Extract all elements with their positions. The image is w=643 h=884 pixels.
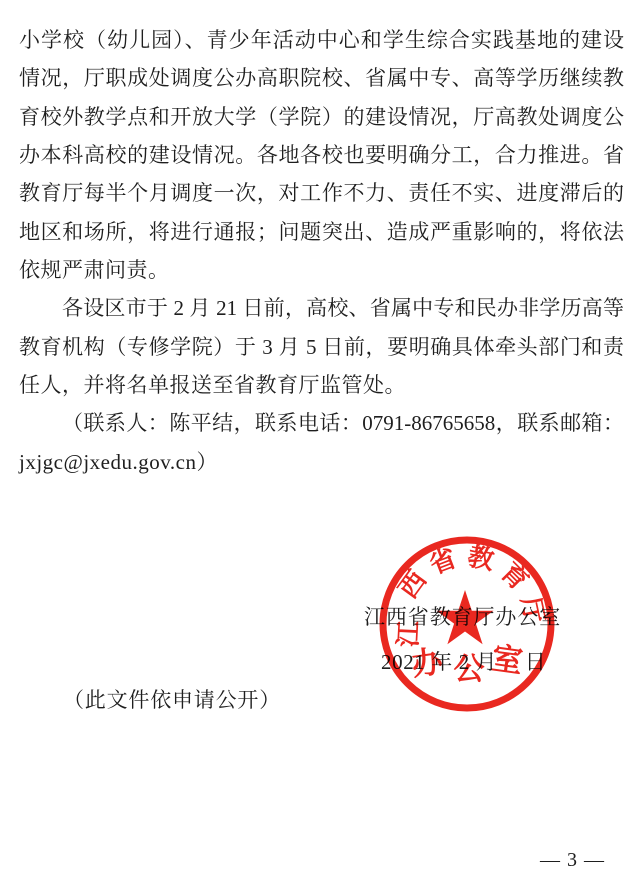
body-line: 情况，厅职成处调度公办高职院校、省属中专、高等学历继续教 bbox=[19, 59, 624, 97]
seal-star-icon bbox=[437, 590, 494, 644]
body-line: 小学校（幼儿园）、青少年活动中心和学生综合实践基地的建设 bbox=[19, 21, 624, 59]
body-line: 教育厅每半个月调度一次，对工作不力、责任不实、进度滞后的 bbox=[19, 174, 624, 212]
seal-arc-char: 教 bbox=[465, 542, 497, 576]
official-seal: 江 西 省 教 育 厅 办 公 室 bbox=[377, 534, 557, 714]
document-body: 小学校（幼儿园）、青少年活动中心和学生综合实践基地的建设 情况，厅职成处调度公办… bbox=[19, 21, 624, 481]
body-line: 育校外教学点和开放大学（学院）的建设情况，厅高教处调度公 bbox=[19, 98, 624, 136]
seal-arc-char: 江 bbox=[394, 620, 424, 647]
body-line: 地区和场所，将进行通报；问题突出、造成严重影响的，将依法 bbox=[19, 213, 624, 251]
contact-email-line: jxjgc@jxedu.gov.cn） bbox=[19, 443, 624, 481]
page-number: — 3 — bbox=[540, 849, 605, 872]
body-line: 教育机构（专修学院）于 3 月 5 日前，要明确具体牵头部门和责 bbox=[19, 328, 624, 366]
body-line: 各设区市于 2 月 21 日前，高校、省属中专和民办非学历高等 bbox=[19, 289, 624, 327]
body-line: 任人，并将名单报送至省教育厅监管处。 bbox=[19, 366, 624, 404]
disclosure-footnote: （此文件依申请公开） bbox=[63, 684, 281, 714]
seal-arc-char: 厅 bbox=[516, 594, 550, 625]
seal-bottom-char: 公 bbox=[454, 652, 485, 687]
body-line: 依规严肃问责。 bbox=[19, 251, 624, 289]
body-line: 办本科高校的建设情况。各地各校也要明确分工，合力推进。省 bbox=[19, 136, 624, 174]
seal-bottom-char: 办 bbox=[409, 643, 446, 682]
document-page: 小学校（幼儿园）、青少年活动中心和学生综合实践基地的建设 情况，厅职成处调度公办… bbox=[0, 0, 643, 884]
seal-bottom-char: 室 bbox=[489, 641, 525, 680]
contact-line: （联系人：陈平结，联系电话：0791-86765658，联系邮箱： bbox=[19, 404, 624, 442]
